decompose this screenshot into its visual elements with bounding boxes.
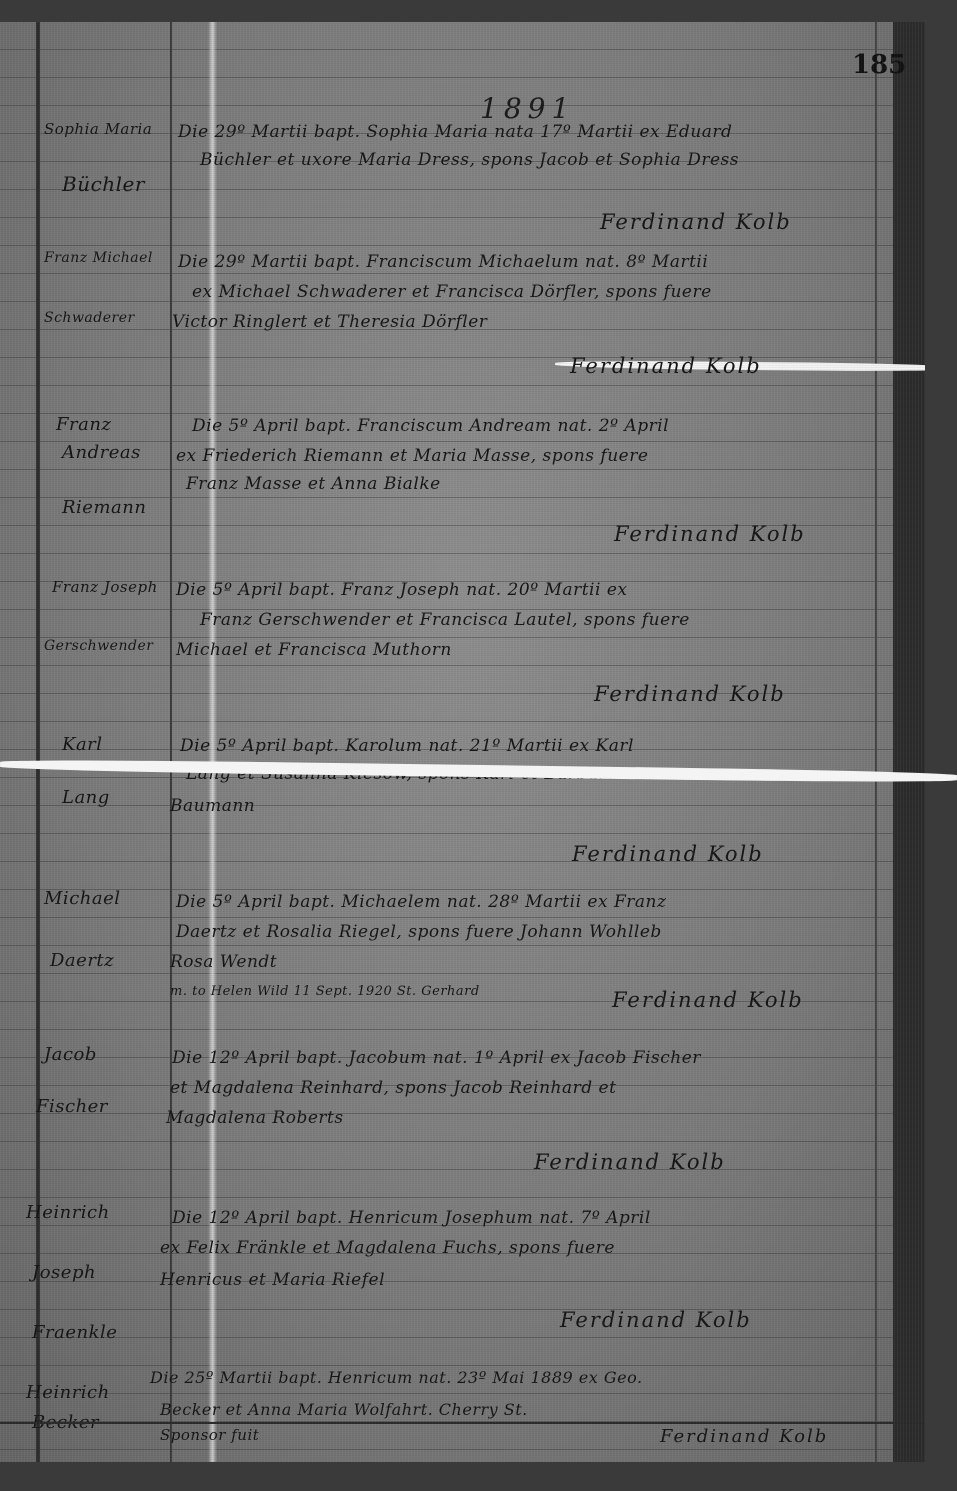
entry-line: Büchler et uxore Maria Dress, spons Jaco… [200, 150, 739, 170]
entry-line: Becker et Anna Maria Wolfahrt. Cherry St… [160, 1400, 528, 1419]
margin-surname: Büchler [62, 172, 145, 196]
margin-child-name: Heinrich [26, 1202, 110, 1223]
entry-line: Michael et Francisca Muthorn [176, 640, 452, 660]
margin-surname: Fraenkle [32, 1322, 117, 1343]
priest-signature: Ferdinand Kolb [560, 1308, 752, 1332]
margin-child-name: Karl [62, 734, 103, 755]
entry-line: Die 12º April bapt. Jacobum nat. 1º Apri… [172, 1048, 701, 1068]
entry-line: Die 29º Martii bapt. Sophia Maria nata 1… [178, 122, 732, 142]
entry-line: ex Friederich Riemann et Maria Masse, sp… [176, 446, 648, 466]
entry-line: Die 5º April bapt. Karolum nat. 21º Mart… [180, 736, 634, 756]
margin-surname: Schwaderer [44, 310, 135, 326]
book-spine-edge [893, 22, 925, 1462]
entry-line: Rosa Wendt [170, 952, 277, 972]
margin-surname: Gerschwender [44, 638, 153, 654]
priest-signature: Ferdinand Kolb [600, 210, 792, 234]
entry-line: Franz Gerschwender et Francisca Lautel, … [200, 610, 690, 630]
entry-line: Die 12º April bapt. Henricum Josephum na… [172, 1208, 651, 1228]
entry-line: et Magdalena Reinhard, spons Jacob Reinh… [170, 1078, 616, 1098]
entry-line: Victor Ringlert et Theresia Dörfler [172, 312, 487, 332]
priest-signature: Ferdinand Kolb [572, 842, 764, 866]
entry-line: Sponsor fuit [160, 1426, 259, 1444]
entry-line: ex Felix Fränkle et Magdalena Fuchs, spo… [160, 1238, 615, 1258]
entry-line: Die 25º Martii bapt. Henricum nat. 23º M… [150, 1368, 643, 1387]
margin-child-name-2: Andreas [62, 442, 141, 463]
margin-child-name-2: Joseph [32, 1262, 96, 1283]
year-heading: 1891 [480, 92, 575, 125]
right-margin-rule [875, 22, 877, 1462]
page-number: 185 [852, 50, 906, 80]
margin-child-name: Jacob [44, 1044, 97, 1065]
entry-line: Franz Masse et Anna Bialke [186, 474, 441, 494]
entry-line: Die 29º Martii bapt. Franciscum Michaelu… [178, 252, 708, 272]
margin-surname: Lang [62, 787, 110, 808]
entry-line: Magdalena Roberts [166, 1108, 344, 1128]
margin-child-name: Franz Michael [44, 250, 153, 266]
margin-surname: Riemann [62, 497, 146, 518]
bottom-rule [0, 1422, 925, 1424]
margin-child-name: Franz Joseph [52, 578, 158, 596]
entry-line: Die 5º April bapt. Franciscum Andream na… [192, 416, 669, 436]
margin-child-name: Sophia Maria [44, 120, 152, 138]
margin-child-name: Michael [44, 888, 121, 909]
entry-line: Henricus et Maria Riefel [160, 1270, 385, 1290]
priest-signature: Ferdinand Kolb [534, 1150, 726, 1174]
margin-child-name: Heinrich [26, 1382, 110, 1403]
entry-line: Daertz et Rosalia Riegel, spons fuere Jo… [176, 922, 662, 942]
priest-signature: Ferdinand Kolb [612, 988, 804, 1012]
priest-signature: Ferdinand Kolb [594, 682, 786, 706]
entry-line: Die 5º April bapt. Franz Joseph nat. 20º… [176, 580, 627, 600]
priest-signature: Ferdinand Kolb [660, 1426, 828, 1447]
priest-signature: Ferdinand Kolb [570, 354, 762, 378]
margin-surname: Daertz [50, 950, 114, 971]
priest-signature: Ferdinand Kolb [614, 522, 806, 546]
entry-line: Die 5º April bapt. Michaelem nat. 28º Ma… [176, 892, 666, 912]
marriage-annotation: m. to Helen Wild 11 Sept. 1920 St. Gerha… [170, 984, 480, 999]
left-margin-rule [36, 22, 40, 1462]
entry-line: Baumann [170, 796, 255, 816]
margin-surname: Fischer [36, 1096, 108, 1117]
entry-line: ex Michael Schwaderer et Francisca Dörfl… [192, 282, 712, 302]
register-page: 185 1891 Sophia Maria Büchler Die 29º Ma… [0, 22, 925, 1462]
margin-child-name: Franz [56, 414, 111, 435]
